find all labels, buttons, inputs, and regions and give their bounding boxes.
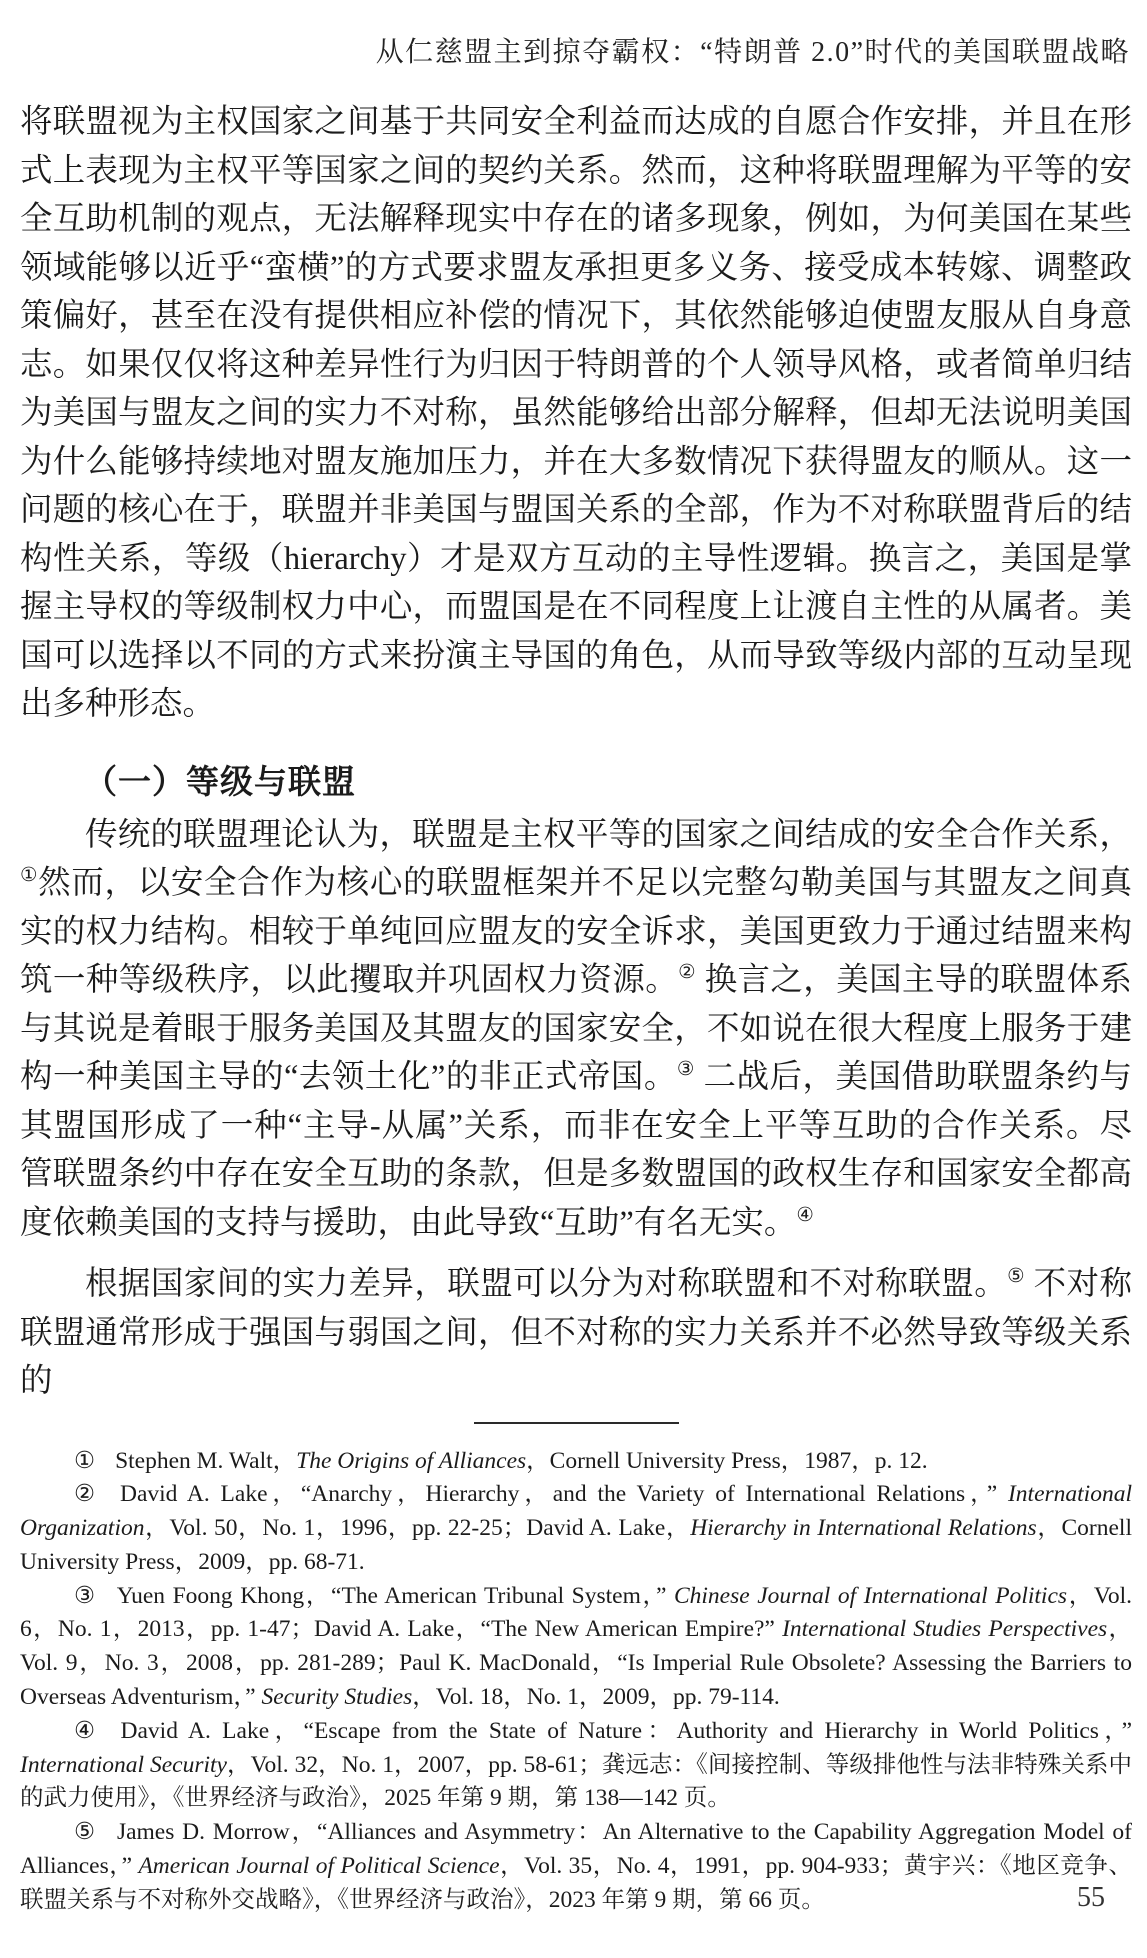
footnote-3: ③Yuen Foong Khong，“The American Tribunal… <box>20 1580 1132 1715</box>
footnote-marker: ① <box>74 1448 95 1474</box>
paper-page: 从仁慈盟主到掠夺霸权：“特朗普 2.0”时代的美国联盟战略 将联盟视为主权国家之… <box>0 0 1147 1958</box>
footnote-marker: ③ <box>74 1583 97 1609</box>
footnote-4: ④David A. Lake，“Escape from the State of… <box>20 1715 1132 1816</box>
footnote-marker: ② <box>74 1481 100 1507</box>
footnotes-section: ①Stephen M. Walt，The Origins of Alliance… <box>20 1445 1132 1918</box>
footnote-text: Yuen Foong Khong，“The American Tribunal … <box>20 1583 1132 1710</box>
footnote-text: David A. Lake，“Anarchy，Hierarchy，and the… <box>20 1481 1132 1575</box>
footnote-marker: ④ <box>74 1718 101 1744</box>
body-paragraph-1: 将联盟视为主权国家之间基于共同安全利益而达成的自愿合作安排，并且在形式上表现为主… <box>20 98 1132 729</box>
page-number: 55 <box>1077 1882 1105 1914</box>
footnote-1: ①Stephen M. Walt，The Origins of Alliance… <box>20 1445 1132 1479</box>
page-content: 将联盟视为主权国家之间基于共同安全利益而达成的自愿合作安排，并且在形式上表现为主… <box>20 98 1132 1918</box>
body-paragraph-3: 根据国家间的实力差异，联盟可以分为对称联盟和不对称联盟。⑤ 不对称联盟通常形成于… <box>20 1260 1132 1406</box>
footnote-5: ⑤James D. Morrow，“Alliances and Asymmetr… <box>20 1816 1132 1917</box>
running-header-title: 从仁慈盟主到掠夺霸权：“特朗普 2.0”时代的美国联盟战略 <box>20 30 1130 70</box>
body-paragraph-2: 传统的联盟理论认为，联盟是主权平等的国家之间结成的安全合作关系，①然而，以安全合… <box>20 811 1132 1248</box>
footnote-text: David A. Lake，“Escape from the State of … <box>20 1718 1132 1812</box>
footnote-2: ②David A. Lake，“Anarchy，Hierarchy，and th… <box>20 1478 1132 1579</box>
footnote-text: Stephen M. Walt，The Origins of Alliances… <box>115 1448 928 1474</box>
section-heading: （一）等级与联盟 <box>20 760 1132 804</box>
footnote-divider <box>474 1422 679 1424</box>
footnote-text: James D. Morrow，“Alliances and Asymmetry… <box>20 1819 1132 1913</box>
footnote-marker: ⑤ <box>74 1819 97 1845</box>
